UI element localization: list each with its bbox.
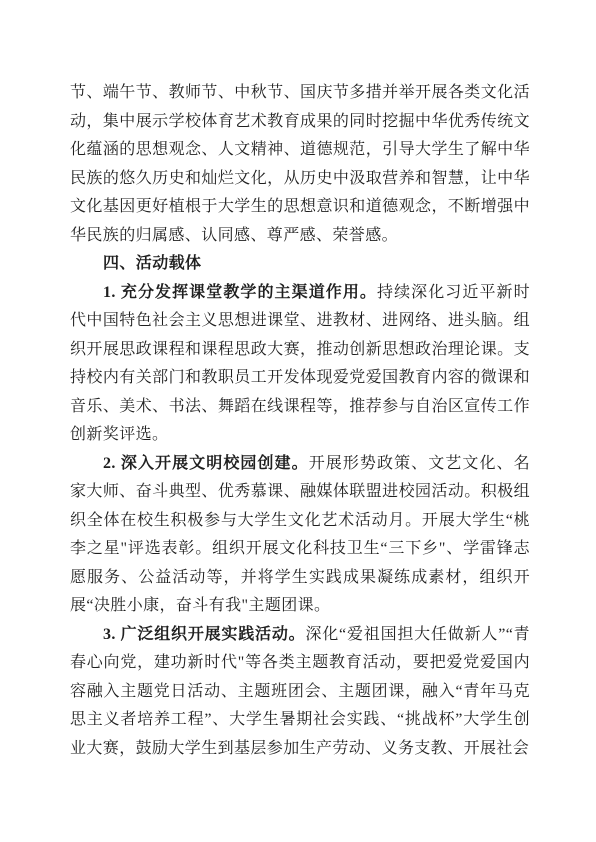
item-3-text: 深化“爱祖国担大任做新人”“青春心向党，建功新时代"等各类主题教育活动，要把爱党… [70,626,530,757]
item-3-lead: 3. 广泛组织开展实践活动。 [103,626,305,643]
section-heading: 四、活动载体 [70,250,530,279]
item-1-lead: 1. 充分发挥课堂教学的主渠道作用。 [103,284,377,301]
numbered-item-2: 2. 深入开展文明校园创建。开展形势政策、文艺文化、名家大师、奋斗典型、优秀慕课… [70,450,530,621]
document-page: 节、端午节、教师节、中秋节、国庆节多措并举开展各类文化活动，集中展示学校体育艺术… [0,0,596,842]
item-1-text: 持续深化习近平新时代中国特色社会主义思想进课堂、进教材、进网络、进头脑。组织开展… [70,284,530,444]
continuation-paragraph: 节、端午节、教师节、中秋节、国庆节多措并举开展各类文化活动，集中展示学校体育艺术… [70,79,530,250]
item-2-lead: 2. 深入开展文明校园创建。 [103,455,309,472]
numbered-item-3: 3. 广泛组织开展实践活动。深化“爱祖国担大任做新人”“青春心向党，建功新时代"… [70,621,530,764]
numbered-item-1: 1. 充分发挥课堂教学的主渠道作用。持续深化习近平新时代中国特色社会主义思想进课… [70,279,530,450]
item-2-text: 开展形势政策、文艺文化、名家大师、奋斗典型、优秀慕课、融媒体联盟进校园活动。积极… [70,455,530,615]
